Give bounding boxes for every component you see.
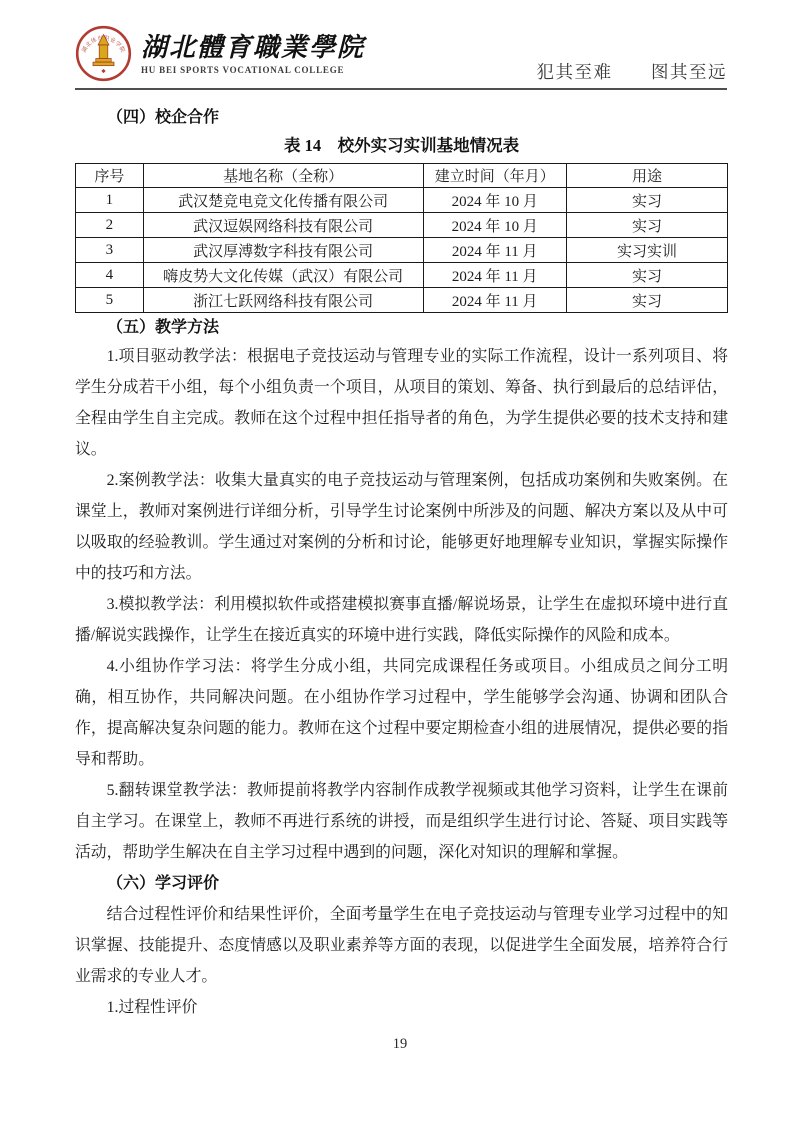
table-row: 4 嗨皮势大文化传媒（武汉）有限公司 2024 年 11 月 实习 [76, 263, 728, 288]
cell-no: 5 [76, 288, 144, 313]
col-header-date: 建立时间（年月） [423, 164, 566, 188]
college-names: 湖北體育職業學院 HU BEI SPORTS VOCATIONAL COLLEG… [141, 33, 365, 75]
col-header-no: 序号 [76, 164, 144, 188]
cell-no: 3 [76, 238, 144, 263]
teaching-method-paragraph-5: 5.翻转课堂教学法：教师提前将教学内容制作成教学视频或其他学习资料，让学生在课前… [75, 775, 728, 868]
cell-name: 武汉厚溥数字科技有限公司 [143, 238, 423, 263]
cell-date: 2024 年 10 月 [423, 188, 566, 213]
col-header-name: 基地名称（全称） [143, 164, 423, 188]
page-number: 19 [0, 1036, 800, 1053]
motto-part2: 图其至远 [651, 62, 727, 82]
section5-heading: （五）教学方法 [75, 315, 728, 341]
cell-date: 2024 年 10 月 [423, 213, 566, 238]
cell-use: 实习 [566, 188, 727, 213]
teaching-method-paragraph-1: 1.项目驱动教学法：根据电子竞技运动与管理专业的实际工作流程，设计一系列项目、将… [75, 341, 728, 465]
document-page: 湖北体育职业学院 湖北體育職業學院 HU BEI SPORTS VOCATION… [0, 0, 800, 1131]
cell-no: 2 [76, 213, 144, 238]
cell-no: 1 [76, 188, 144, 213]
col-header-use: 用途 [566, 164, 727, 188]
cell-date: 2024 年 11 月 [423, 238, 566, 263]
header-divider [75, 88, 727, 90]
cell-date: 2024 年 11 月 [423, 288, 566, 313]
table-row: 3 武汉厚溥数字科技有限公司 2024 年 11 月 实习实训 [76, 238, 728, 263]
table-row: 1 武汉楚竞电竞文化传播有限公司 2024 年 10 月 实习 [76, 188, 728, 213]
section4-heading: （四）校企合作 [75, 107, 728, 129]
teaching-method-paragraph-3: 3.模拟教学法：利用模拟软件或搭建模拟赛事直播/解说场景，让学生在虚拟环境中进行… [75, 589, 728, 651]
section6-heading: （六）学习评价 [75, 868, 728, 899]
cell-date: 2024 年 11 月 [423, 263, 566, 288]
page-header: 湖北体育职业学院 湖北體育職業學院 HU BEI SPORTS VOCATION… [75, 25, 727, 85]
cell-use: 实习 [566, 288, 727, 313]
table-row: 5 浙江七跃网络科技有限公司 2024 年 11 月 实习 [76, 288, 728, 313]
evaluation-paragraph: 结合过程性评价和结果性评价，全面考量学生在电子竞技运动与管理专业学习过程中的知识… [75, 899, 728, 992]
college-seal-icon: 湖北体育职业学院 [75, 25, 132, 82]
evaluation-item-1: 1.过程性评价 [75, 992, 728, 1023]
cell-name: 武汉楚竞电竞文化传播有限公司 [143, 188, 423, 213]
table-row: 2 武汉逗娱网络科技有限公司 2024 年 10 月 实习 [76, 213, 728, 238]
cell-name: 嗨皮势大文化传媒（武汉）有限公司 [143, 263, 423, 288]
cell-name: 浙江七跃网络科技有限公司 [143, 288, 423, 313]
teaching-method-paragraph-2: 2.案例教学法：收集大量真实的电子竞技运动与管理案例，包括成功案例和失败案例。在… [75, 465, 728, 589]
cell-use: 实习 [566, 213, 727, 238]
table-header-row: 序号 基地名称（全称） 建立时间（年月） 用途 [76, 164, 728, 188]
cell-no: 4 [76, 263, 144, 288]
table-title: 表 14 校外实习实训基地情况表 [75, 133, 728, 159]
cell-name: 武汉逗娱网络科技有限公司 [143, 213, 423, 238]
college-name-en: HU BEI SPORTS VOCATIONAL COLLEGE [141, 65, 365, 75]
college-motto: 犯其至难图其至远 [537, 59, 728, 85]
college-name-zh: 湖北體育職業學院 [141, 33, 365, 63]
cell-use: 实习实训 [566, 238, 727, 263]
cell-use: 实习 [566, 263, 727, 288]
teaching-method-paragraph-4: 4.小组协作学习法：将学生分成小组，共同完成课程任务或项目。小组成员之间分工明确… [75, 651, 728, 775]
document-body: （四）校企合作 表 14 校外实习实训基地情况表 序号 基地名称（全称） 建立时… [75, 107, 728, 1023]
motto-part1: 犯其至难 [537, 62, 613, 82]
training-bases-table: 序号 基地名称（全称） 建立时间（年月） 用途 1 武汉楚竞电竞文化传播有限公司… [75, 163, 728, 313]
college-brand: 湖北体育职业学院 湖北體育職業學院 HU BEI SPORTS VOCATION… [75, 25, 365, 82]
